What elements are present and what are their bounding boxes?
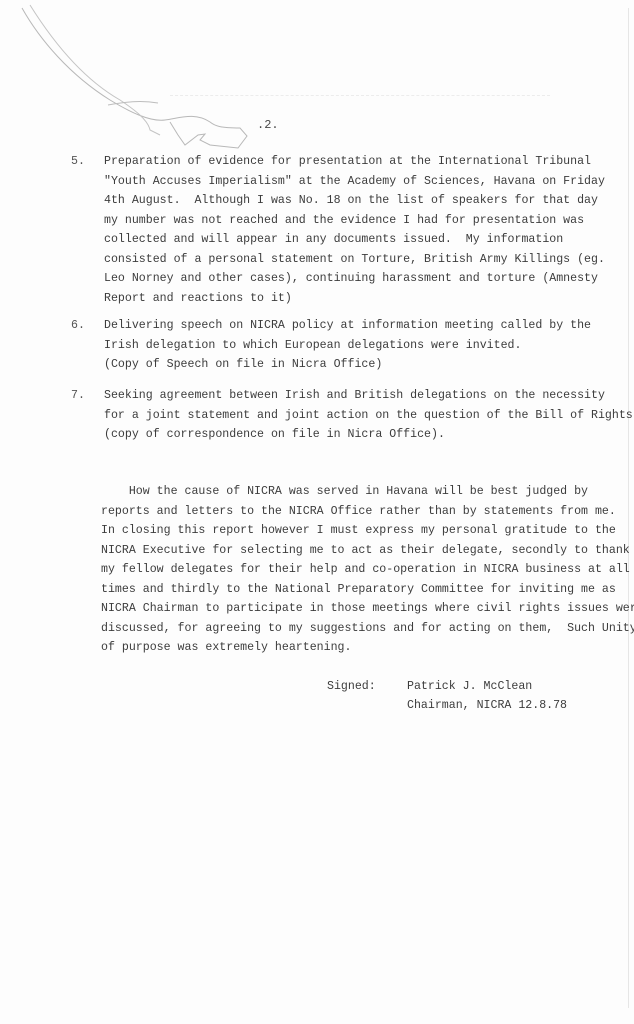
- item-line: for a joint statement and joint action o…: [104, 406, 624, 426]
- item-body: Preparation of evidence for presentation…: [104, 152, 624, 308]
- signature-title-row: Chairman, NICRA 12.8.78: [327, 696, 567, 715]
- item-line: Report and reactions to it): [104, 289, 624, 309]
- item-number: 5.: [71, 152, 101, 172]
- paragraph-line: In closing this report however I must ex…: [101, 521, 621, 541]
- signatory-name: Patrick J. McClean: [407, 680, 532, 693]
- page-edge: [628, 8, 629, 1008]
- paragraph-line: How the cause of NICRA was served in Hav…: [101, 482, 621, 502]
- paragraph-line: my fellow delegates for their help and c…: [101, 560, 621, 580]
- item-line: Delivering speech on NICRA policy at inf…: [104, 316, 624, 336]
- closing-paragraph: How the cause of NICRA was served in Hav…: [101, 482, 621, 658]
- item-number: 7.: [71, 386, 101, 406]
- item-body: Delivering speech on NICRA policy at inf…: [104, 316, 624, 375]
- signature-block: Signed:Patrick J. McClean Chairman, NICR…: [327, 677, 567, 715]
- item-line: consisted of a personal statement on Tor…: [104, 250, 624, 270]
- item-line: my number was not reached and the eviden…: [104, 211, 624, 231]
- item-line: Preparation of evidence for presentation…: [104, 152, 624, 172]
- item-line: Leo Norney and other cases), continuing …: [104, 269, 624, 289]
- item-line: collected and will appear in any documen…: [104, 230, 624, 250]
- paragraph-line: reports and letters to the NICRA Office …: [101, 502, 621, 522]
- item-line: "Youth Accuses Imperialism" at the Acade…: [104, 172, 624, 192]
- item-line: 4th August. Although I was No. 18 on the…: [104, 191, 624, 211]
- item-body: Seeking agreement between Irish and Brit…: [104, 386, 624, 445]
- signature-row: Signed:Patrick J. McClean: [327, 677, 567, 696]
- pen-mark-scribble: [0, 0, 260, 160]
- paragraph-line: discussed, for agreeing to my suggestion…: [101, 619, 621, 639]
- signatory-title-date: Chairman, NICRA 12.8.78: [407, 699, 567, 712]
- item-line: Seeking agreement between Irish and Brit…: [104, 386, 624, 406]
- page-number: .2.: [257, 118, 279, 132]
- document-page: .2. 5. Preparation of evidence for prese…: [0, 0, 634, 1024]
- paragraph-line: of purpose was extremely heartening.: [101, 638, 621, 658]
- paragraph-line: times and thirdly to the National Prepar…: [101, 580, 621, 600]
- paragraph-line: NICRA Executive for selecting me to act …: [101, 541, 621, 561]
- item-line: (copy of correspondence on file in Nicra…: [104, 425, 624, 445]
- item-line: Irish delegation to which European deleg…: [104, 336, 624, 356]
- signed-label: Signed:: [327, 677, 407, 696]
- paragraph-line: NICRA Chairman to participate in those m…: [101, 599, 621, 619]
- item-number: 6.: [71, 316, 101, 336]
- item-line: (Copy of Speech on file in Nicra Office): [104, 355, 624, 375]
